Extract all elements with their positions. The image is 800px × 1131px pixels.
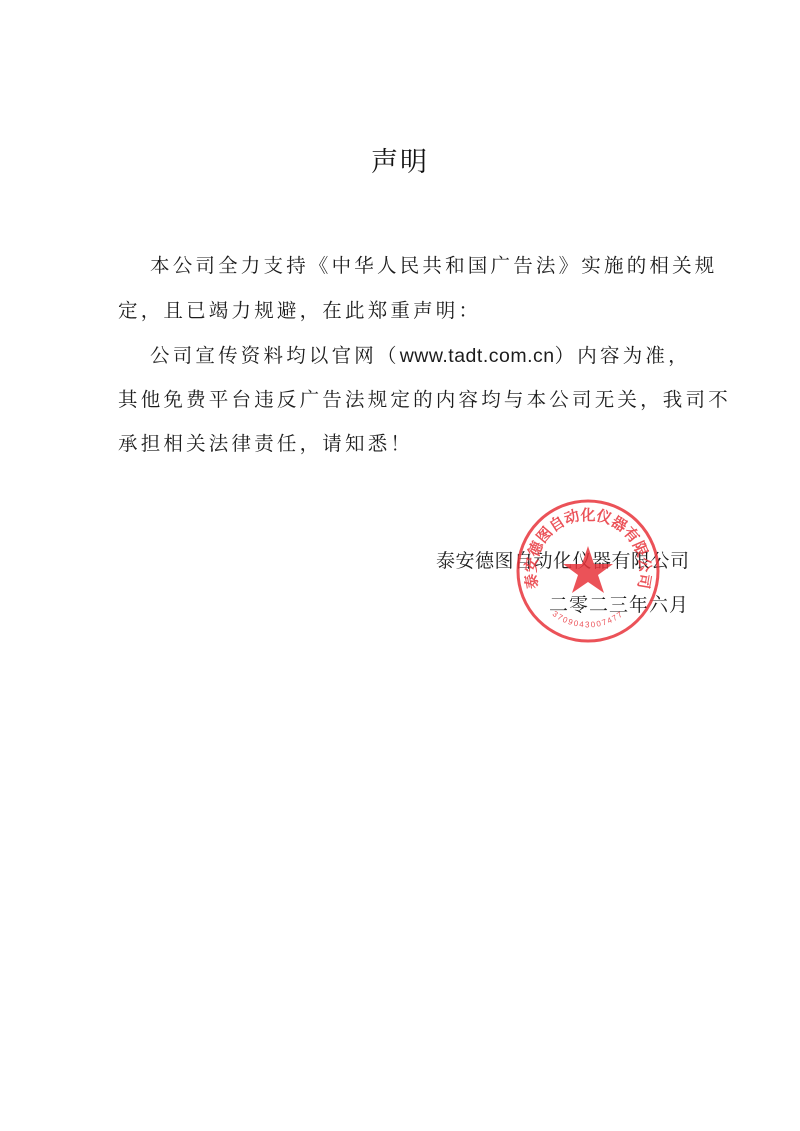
paragraph-2-line-1: 公司宣传资料均以官网（www.tadt.com.cn）内容为准， [150, 340, 691, 368]
paragraph-2-line-3: 承担相关法律责任，请知悉！ [118, 428, 413, 456]
paragraph-2-suffix: ）内容为准， [555, 344, 691, 367]
paragraph-2-line-2: 其他免费平台违反广告法规定的内容均与本公司无关，我司不 [118, 384, 731, 412]
website-url: www.tadt.com.cn [400, 345, 555, 367]
paragraph-1-line-2: 定，且已竭力规避，在此郑重声明： [118, 295, 481, 323]
paragraph-2-prefix: 公司宣传资料均以官网（ [150, 344, 400, 367]
star-icon [563, 546, 613, 593]
page-title: 声明 [0, 140, 800, 179]
paragraph-1-line-1: 本公司全力支持《中华人民共和国广告法》实施的相关规 [150, 250, 718, 278]
stamp-serial: 3709043007477 [551, 609, 625, 629]
company-seal-stamp: 泰安德图自动化仪器有限公司 3709043007477 [513, 496, 663, 646]
document-page: 声明 本公司全力支持《中华人民共和国广告法》实施的相关规 定，且已竭力规避，在此… [0, 0, 800, 1131]
